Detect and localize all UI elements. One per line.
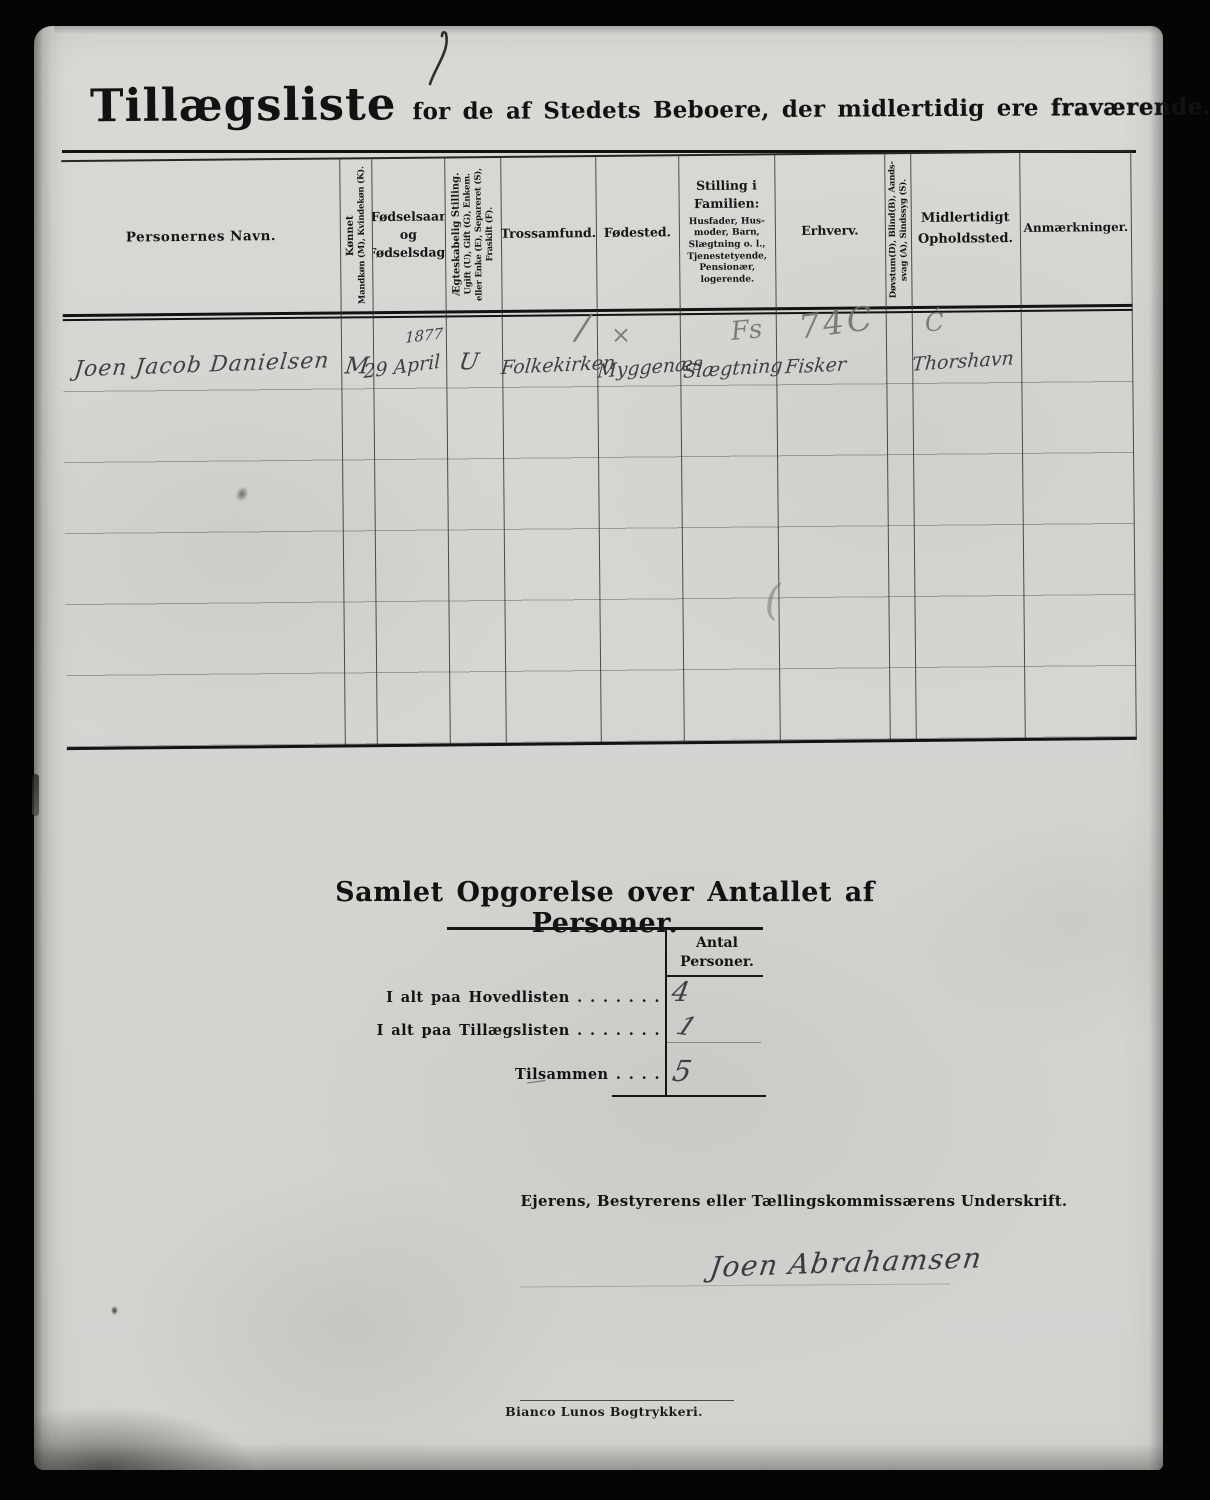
paper-right-shadow (1149, 26, 1163, 1470)
form-subtitle: for de af Stedets Beboere, der midlertid… (412, 93, 1210, 125)
col-header-temporary-residence: Midlertidigt Opholdssted. (910, 153, 1020, 306)
summary-row-mainlist-value: 4 (669, 977, 692, 1008)
summary-middle-rule (667, 1042, 761, 1043)
printer-imprint: Bianco Lunos Bogtrykkeri. (454, 1404, 754, 1419)
spine-fold-mark (32, 774, 39, 816)
col-header-occupation: Erhverv. (774, 154, 885, 307)
form-title: Tillægsliste (90, 77, 397, 132)
summary-row-mainlist-label: I alt paa Hovedlisten . . . . . . . (244, 989, 660, 1006)
pencil-family-note: Fs (729, 314, 763, 347)
summary-divider-line (665, 929, 667, 1097)
summary-row-supplement-value: 1 (672, 1012, 701, 1043)
absentees-table: Personernes Navn. Kønnet Mandkøn (M), Kv… (61, 150, 1137, 748)
col-header-birthplace: Fødested. (595, 156, 679, 309)
pencil-stray-paren: ( (764, 575, 781, 624)
signature-label: Ejerens, Bestyrerens eller Tællingskommi… (414, 1192, 1174, 1210)
col-header-family-position: Stilling i Familien: Husfader, Hus- mode… (678, 155, 775, 308)
col-header-marital-status: Ægteskabelig Stilling. Ugift (U), Gift (… (444, 158, 501, 311)
summary-bottom-rule (612, 1095, 766, 1097)
census-form-sheet: Tillægsliste for de af Stedets Beboere, … (34, 26, 1163, 1470)
summary-row-total-label: Tilsammen . . . . (244, 1066, 660, 1083)
pencil-cross-mark: × (611, 321, 631, 349)
summary-column-header: Antal Personer. (670, 934, 764, 972)
col-header-religion: Trossamfund. (500, 157, 596, 310)
pencil-residence-note: Ć (924, 307, 945, 337)
col-header-remarks: Anmærkninger. (1019, 152, 1132, 305)
col-header-birthdate: Fødselsaar og Fødselsdag. (371, 158, 445, 311)
summary-row-total-value: 5 (670, 1054, 694, 1088)
entry-occupation: Fisker (784, 354, 847, 379)
col-header-name: Personernes Navn. (61, 159, 340, 314)
ink-speck (111, 1306, 118, 1315)
summary-row-supplement-label: I alt paa Tillægslisten . . . . . . . (244, 1022, 660, 1039)
signature-handwritten-name: Joen Abrahamsen (708, 1241, 985, 1284)
form-header: Tillægsliste for de af Stedets Beboere, … (90, 73, 1140, 132)
form-subtitle-emphasis: fraværende. (1051, 93, 1210, 121)
paper-top-shadow (54, 26, 1163, 34)
form-subtitle-text: for de af Stedets Beboere, der midlertid… (412, 94, 1038, 125)
summary-top-rule (447, 927, 763, 930)
absentees-table-zone: Personernes Navn. Kønnet Mandkøn (M), Kv… (61, 150, 1137, 748)
signature-baseline (520, 1283, 950, 1287)
col-header-sex: Kønnet Mandkøn (M), Kvindekøn (K). (339, 159, 372, 311)
printer-rule (520, 1400, 734, 1401)
col-header-disability: Døvstum(D), Blind(B), Aands- svag (A), S… (884, 154, 911, 306)
